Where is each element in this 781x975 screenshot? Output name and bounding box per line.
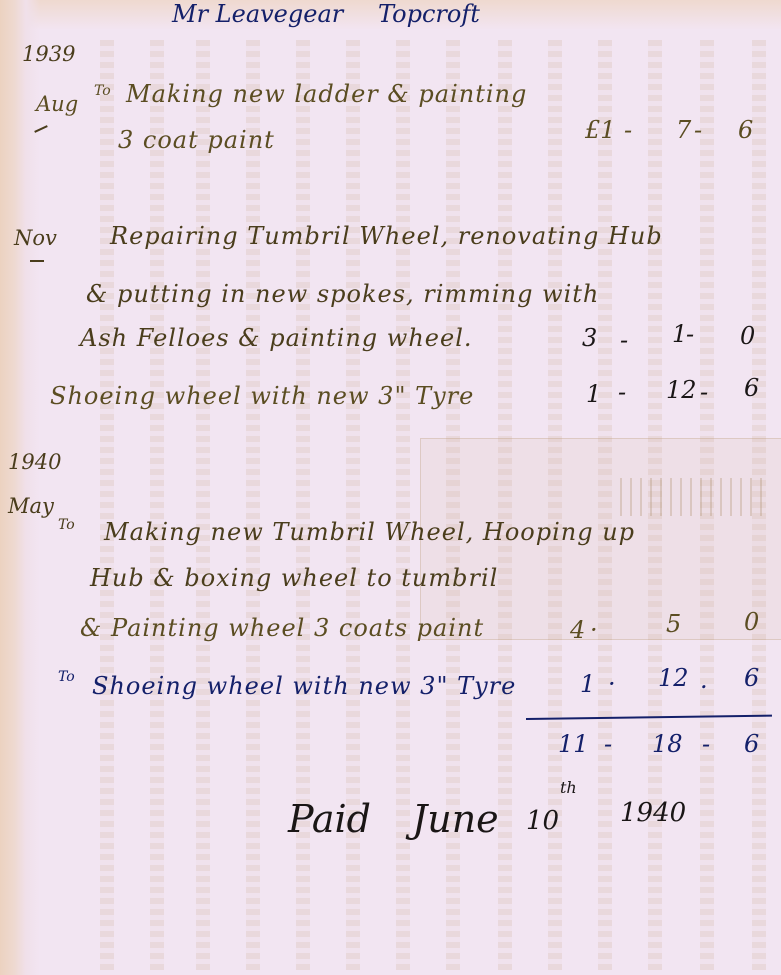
month-underline bbox=[30, 260, 44, 262]
amount-pence: 6 bbox=[744, 666, 759, 690]
amount-sep: - bbox=[702, 732, 710, 756]
amount-pounds: 3 bbox=[582, 326, 597, 350]
entry-month: May bbox=[8, 496, 54, 517]
amount-pounds: £1 bbox=[585, 118, 616, 142]
total-shillings: 18 bbox=[652, 732, 683, 756]
entry-to: To bbox=[94, 84, 111, 98]
show-through-column bbox=[246, 40, 260, 970]
amount-sep: - bbox=[700, 380, 708, 404]
entry-line: Making new Tumbril Wheel, Hooping up bbox=[104, 520, 635, 544]
show-through-column bbox=[196, 40, 210, 970]
amount-pounds: 1 bbox=[580, 672, 595, 696]
entry-line: Repairing Tumbril Wheel, renovating Hub bbox=[110, 224, 663, 248]
amount-shillings: 1 bbox=[672, 322, 687, 346]
entry-line: Shoeing wheel with new 3" Tyre bbox=[50, 384, 474, 408]
paid-day-suffix: th bbox=[560, 780, 577, 796]
paid-day: 10 bbox=[526, 808, 559, 834]
amount-pence: 0 bbox=[740, 324, 755, 348]
entry-line: Ash Felloes & painting wheel. bbox=[80, 326, 473, 350]
entry-month: Nov bbox=[14, 228, 57, 249]
amount-sep: · bbox=[608, 672, 616, 696]
show-through-illustration-detail bbox=[620, 478, 770, 516]
customer-place: Topcroft bbox=[378, 2, 480, 26]
amount-sep: - bbox=[618, 380, 626, 404]
amount-shillings: 7 bbox=[676, 118, 691, 142]
paid-label: Paid bbox=[288, 800, 371, 838]
amount-shillings: 5 bbox=[666, 612, 681, 636]
year-1940: 1940 bbox=[8, 452, 61, 473]
entry-line: Making new ladder & painting bbox=[126, 82, 527, 106]
year-1939: 1939 bbox=[22, 44, 75, 65]
entry-line: & Painting wheel 3 coats paint bbox=[80, 616, 484, 640]
show-through-column bbox=[150, 40, 164, 970]
entry-to: To bbox=[58, 670, 75, 684]
entry-line: & putting in new spokes, rimming with bbox=[86, 282, 599, 306]
amount-pounds: 4 bbox=[570, 618, 585, 642]
amount-sep: - bbox=[624, 118, 632, 142]
total-pounds: 11 bbox=[558, 732, 589, 756]
amount-pence: 0 bbox=[744, 610, 759, 634]
amount-pence: 6 bbox=[744, 376, 759, 400]
entry-line: Hub & boxing wheel to tumbril bbox=[90, 566, 498, 590]
amount-shillings: 12 bbox=[658, 666, 689, 690]
paid-month: June bbox=[412, 800, 499, 838]
amount-pounds: 1 bbox=[586, 382, 601, 406]
amount-sep: · bbox=[590, 618, 598, 642]
show-through-column bbox=[100, 40, 114, 970]
entry-month: Aug bbox=[36, 94, 78, 115]
paid-year: 1940 bbox=[620, 800, 686, 826]
amount-sep: . bbox=[700, 668, 708, 692]
amount-shillings: 12 bbox=[666, 378, 697, 402]
entry-line: Shoeing wheel with new 3" Tyre bbox=[92, 674, 516, 698]
amount-pence: 6 bbox=[738, 118, 753, 142]
amount-sep: - bbox=[694, 118, 702, 142]
amount-sep: - bbox=[604, 732, 612, 756]
customer-name: Mr Leavegear bbox=[172, 2, 343, 26]
amount-sep: - bbox=[620, 328, 628, 352]
total-pence: 6 bbox=[744, 732, 759, 756]
entry-to: To bbox=[58, 518, 75, 532]
amount-sep: - bbox=[686, 322, 694, 346]
show-through-column bbox=[396, 40, 410, 970]
entry-line: 3 coat paint bbox=[118, 128, 275, 152]
